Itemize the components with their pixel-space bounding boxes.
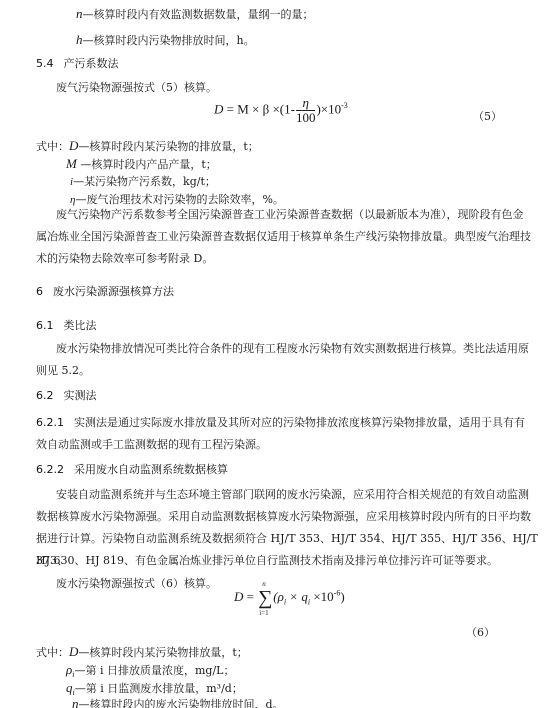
fraction: η100 (296, 96, 316, 125)
def-h-top: h—核算时段内污染物排放时间，h。 (76, 32, 255, 49)
equation-number-6: （6） (466, 624, 495, 640)
eq-rhs-suffix: )×10 (316, 101, 341, 116)
def-text: —核算时段内产品产量，t； (77, 158, 217, 171)
eq-lhs: D (234, 589, 243, 604)
eq5-intro: 废气污染物源强按式（5）核算。 (56, 80, 217, 96)
where-def-D: 式中：D—核算时段内某污染物排放量，t； (36, 644, 248, 661)
sum-lower: i=1 (259, 609, 268, 617)
section-number: 6.2.1 (36, 416, 64, 429)
paragraph-line: 术的污染物去除效率可参考附录 D。 (36, 248, 213, 270)
section-title: 采用废水自动监测系统数据核算 (74, 463, 228, 476)
var: D (69, 644, 78, 659)
section-number: 6.2 (36, 388, 54, 404)
where-def-i: i—某污染物产污系数，kg/t； (70, 174, 216, 190)
heading-6-1: 6.1类比法 (36, 318, 97, 334)
paragraph-line: 属冶炼业全国污染源普查工业污染源普查数据仅适用于核算单条生产线污染物排放量。典型… (36, 226, 531, 248)
var: D (69, 138, 78, 153)
exponent: -3 (341, 101, 348, 110)
sum-upper: n (262, 580, 266, 588)
paragraph-line: 数据核算废水污染物源强。采用自动监测数据核算废水污染物源强，应采用核算时段内所有… (36, 506, 531, 528)
frac-numerator: η (296, 96, 316, 111)
heading-5-4: 5.4产污系数法 (36, 56, 119, 72)
paragraph-line: 废水污染物排放情况可类比符合条件的现有工程废水污染物有效实测数据进行核算。类比法… (56, 338, 529, 360)
eq-sign: = (243, 589, 257, 604)
section-number: 5.4 (36, 56, 54, 72)
paragraph-line: HJ 630、HJ 819、有色金属冶炼业排污单位自行监测技术指南及排污单位排污… (36, 550, 498, 572)
eq-q: × q (286, 589, 308, 604)
paragraph-line: 效自动监测或手工监测数据的现有工程污染源。 (36, 434, 267, 456)
paragraph-line: 安装自动监测系统并与生态环境主管部门联网的废水污染源，应采用符合相关规范的有效自… (56, 484, 529, 506)
section-title: 实测法 (64, 389, 97, 402)
eq-tail: ×10 (310, 589, 334, 604)
eq6-intro: 废水污染物源强按式（6）核算。 (56, 576, 217, 592)
def-text: —核算时段内有效监测数据数量，量纲一的量； (83, 8, 314, 21)
section-title: 类比法 (64, 319, 97, 332)
def-text: —核算时段内某污染物的排放量，t； (78, 140, 258, 153)
var: M (66, 156, 77, 171)
where-def-D: 式中：D—核算时段内某污染物的排放量，t； (36, 138, 259, 155)
where-def-n: n—核算时段内的废水污染物排放时间，d。 (72, 696, 284, 708)
paragraph-6-2-1-line1: 6.2.1实测法是通过实际废水排放量及其所对应的污染物排放浓度核算污染物排放量，… (36, 412, 525, 434)
def-text: —第 i 日排放质量浓度，mg/L； (74, 664, 234, 677)
paragraph-line: 废气污染物产污系数参考全国污染源普查工业污染源普查数据（以最新版本为准），现阶段… (56, 204, 524, 226)
where-label: 式中： (36, 646, 69, 659)
where-label: 式中： (36, 140, 69, 153)
frac-denominator: 100 (296, 111, 316, 125)
eq-lhs: D (214, 101, 223, 116)
def-text: —某污染物产污系数，kg/t； (73, 175, 216, 188)
section-title: 产污系数法 (64, 57, 119, 70)
paragraph-text: 实测法是通过实际废水排放量及其所对应的污染物排放浓度核算污染物排放量，适用于具有… (74, 416, 525, 429)
equation-5: D = M × β ×(1-η100)×10-3 (214, 96, 348, 125)
section-number: 6 (36, 284, 43, 300)
section-number: 6.2.2 (36, 462, 64, 478)
equation-number-5: （5） (473, 108, 502, 124)
heading-6-2-2: 6.2.2采用废水自动监测系统数据核算 (36, 462, 228, 478)
heading-6: 6废水污染源源强核算方法 (36, 284, 174, 300)
def-text: —第 i 日监测废水排放量，m³/d； (75, 682, 243, 695)
def-text: —核算时段内污染物排放时间，h。 (83, 34, 255, 47)
def-n-top: n—核算时段内有效监测数据数量，量纲一的量； (76, 6, 314, 23)
equation-6: D = ∑ni=1(ρi × qi ×10-6) (234, 588, 345, 608)
paragraph-line: 则见 5.2。 (36, 360, 90, 382)
section-number: 6.1 (36, 318, 54, 334)
summation-icon: ∑ni=1 (257, 588, 273, 608)
eq-close: ) (340, 589, 344, 604)
def-text: —核算时段内的废水污染物排放时间，d。 (79, 698, 284, 708)
eq-rhs-prefix: = M × β ×(1- (223, 101, 295, 116)
where-def-M: M —核算时段内产品产量，t； (66, 156, 217, 173)
section-title: 废水污染源源强核算方法 (53, 285, 174, 298)
heading-6-2: 6.2实测法 (36, 388, 97, 404)
def-text: —核算时段内某污染物排放量，t； (78, 646, 247, 659)
eq-rho: (ρ (273, 589, 284, 604)
